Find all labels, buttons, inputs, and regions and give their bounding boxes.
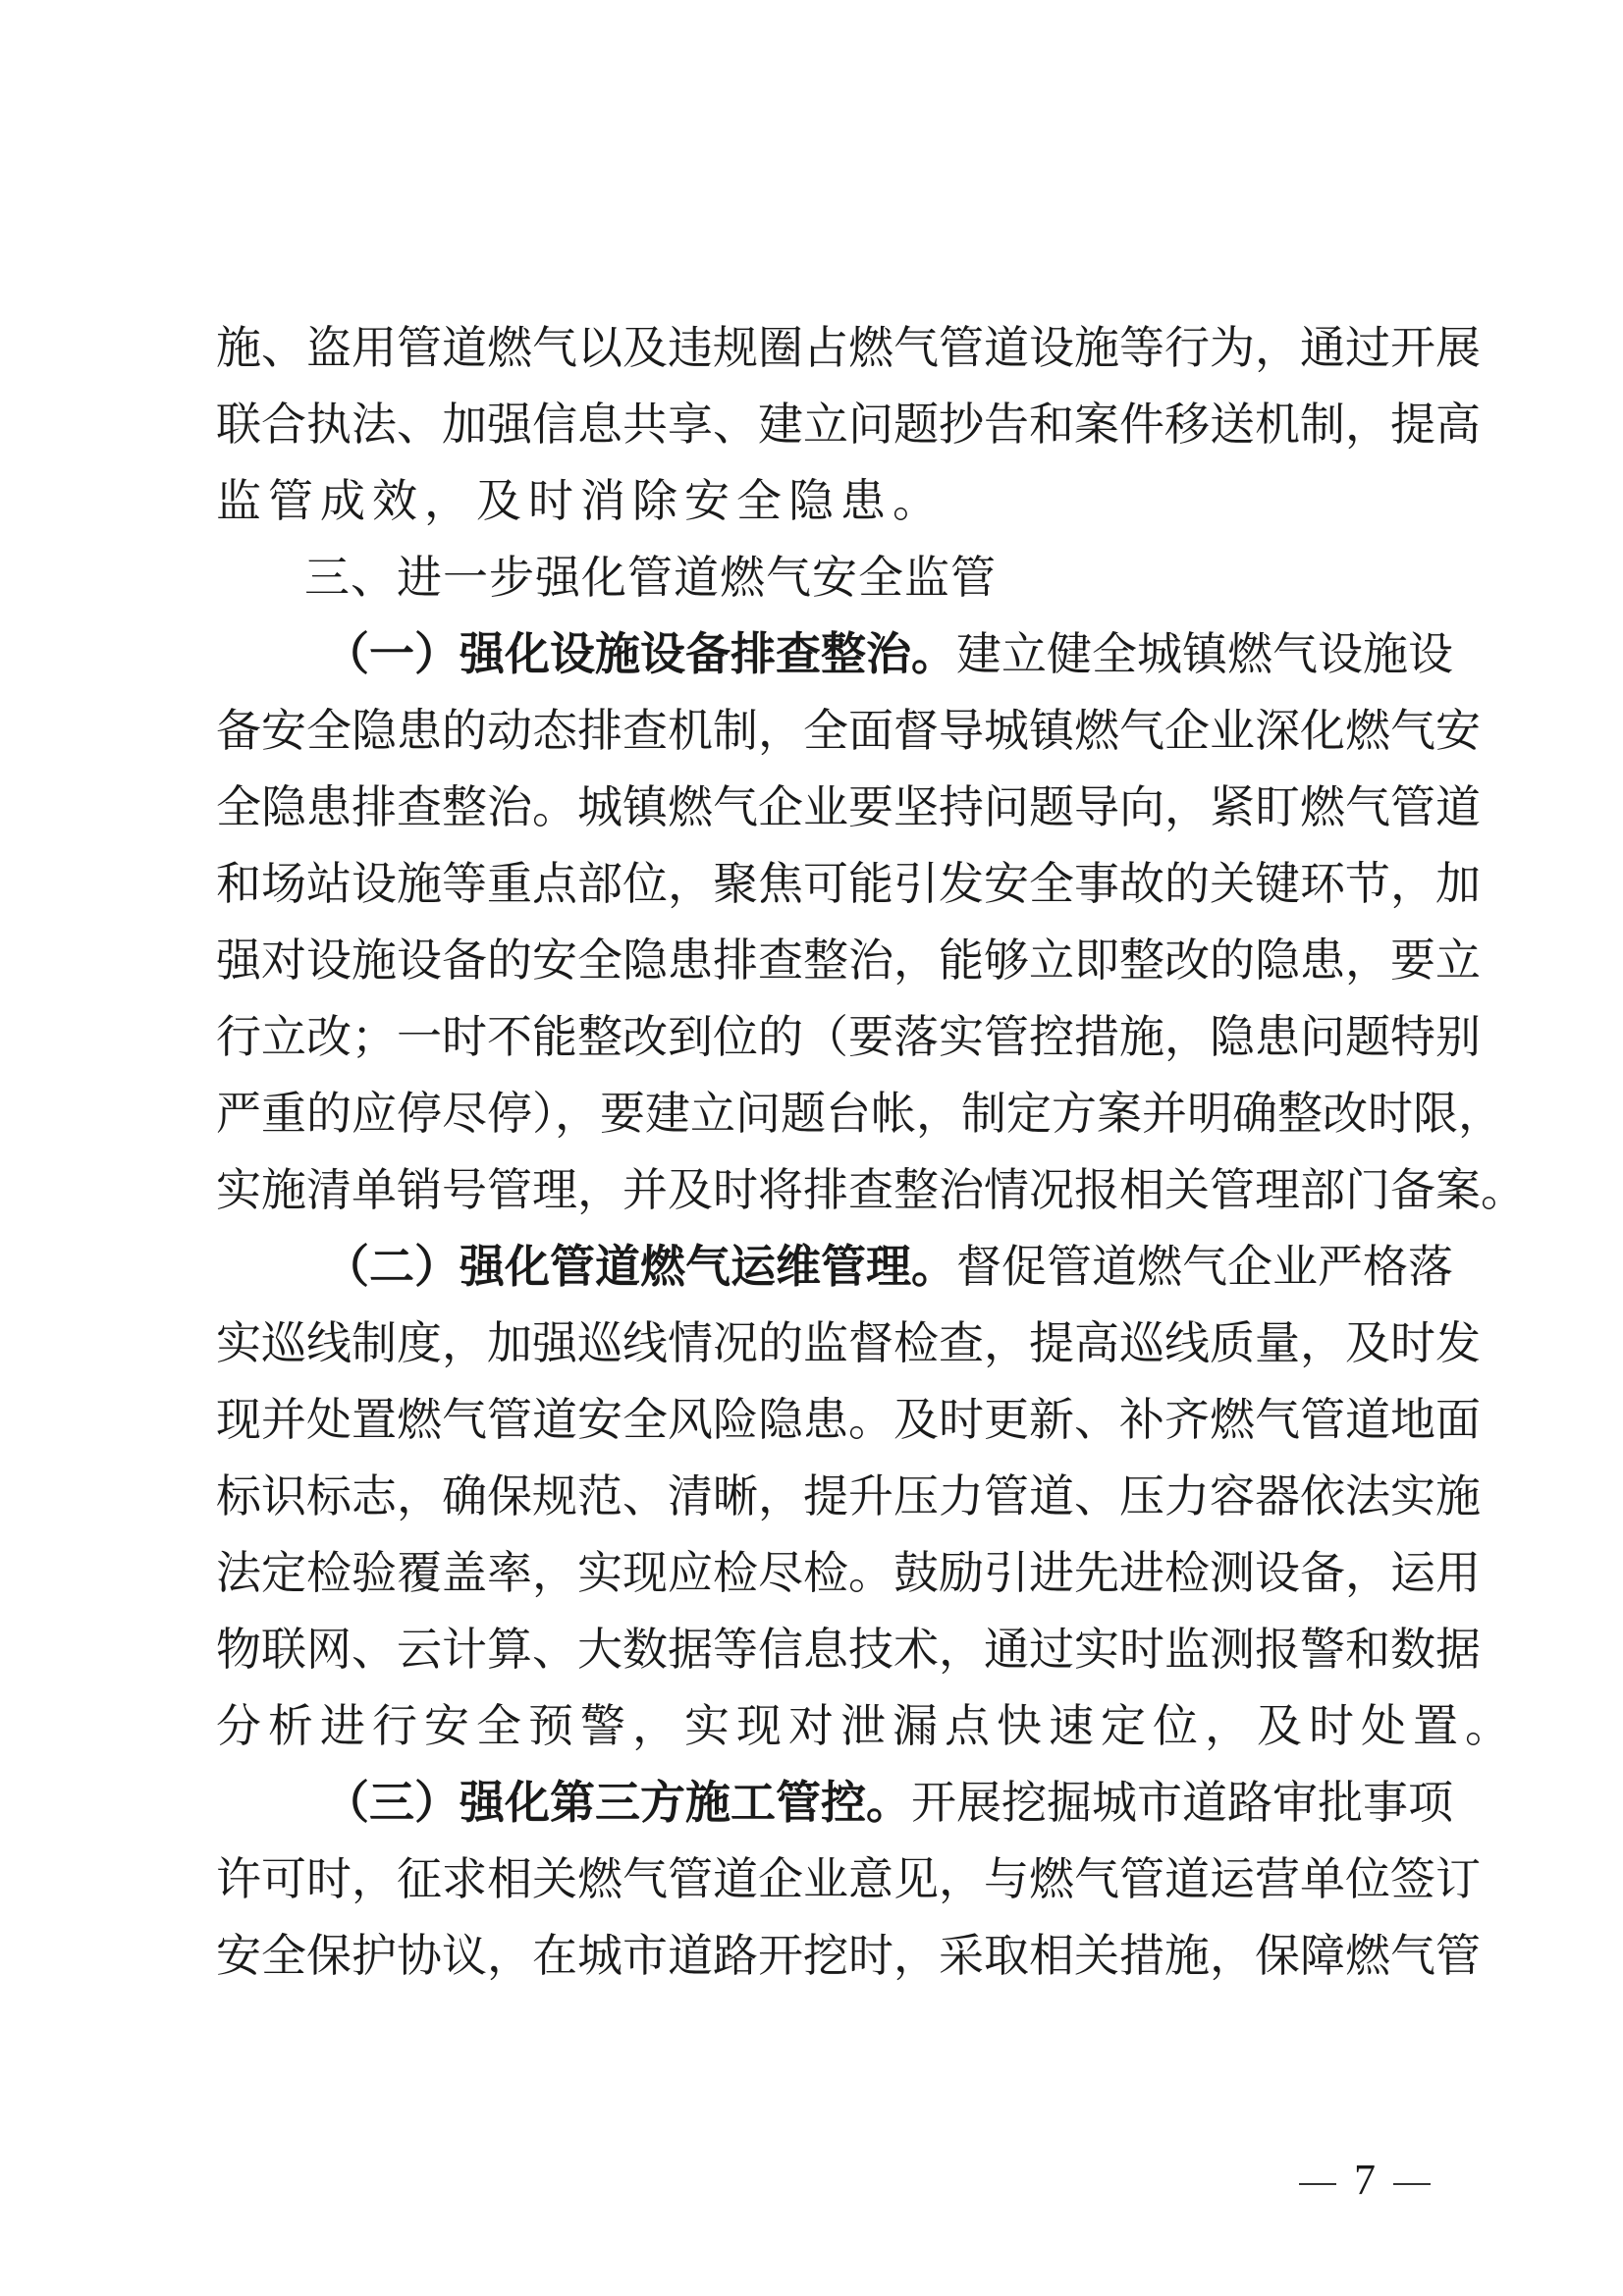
paragraph-lead-heading: （二）强化管道燃气运维管理。 xyxy=(324,1240,956,1293)
page-number-value: 7 xyxy=(1354,2156,1376,2204)
paragraph-text: 督促管道燃气企业严格落 xyxy=(956,1240,1453,1293)
text-line: 强对设施设备的安全隐患排查整治，能够立即整改的隐患，要立 xyxy=(216,929,1418,1005)
page-number: 7 xyxy=(1281,2156,1448,2205)
text-line: 行立改；一时不能整改到位的（要落实管控措施，隐患问题特别 xyxy=(216,1005,1418,1082)
text-line: 施、盗用管道燃气以及违规圈占燃气管道设施等行为，通过开展 xyxy=(216,316,1418,393)
paragraph-lead-heading: （一）强化设施设备排查整治。 xyxy=(324,627,956,680)
document-page: 施、盗用管道燃气以及违规圈占燃气管道设施等行为，通过开展 联合执法、加强信息共享… xyxy=(0,0,1623,2296)
text-line: 物联网、云计算、大数据等信息技术，通过实时监测报警和数据 xyxy=(216,1618,1418,1694)
text-line: 实巡线制度，加强巡线情况的监督检查，提高巡线质量，及时发 xyxy=(216,1311,1418,1388)
text-line: 法定检验覆盖率，实现应检尽检。鼓励引进先进检测设备，运用 xyxy=(216,1541,1418,1618)
text-line: 实施清单销号管理，并及时将排查整治情况报相关管理部门备案。 xyxy=(216,1158,1455,1235)
text-line: 和场站设施等重点部位，聚焦可能引发安全事故的关键环节，加 xyxy=(216,852,1418,929)
document-body: 施、盗用管道燃气以及违规圈占燃气管道设施等行为，通过开展 联合执法、加强信息共享… xyxy=(216,316,1418,2001)
text-line: 安全保护协议，在城市道路开挖时，采取相关措施，保障燃气管 xyxy=(216,1924,1418,2001)
dash-decoration xyxy=(1299,2183,1336,2185)
paragraph-first-line: （三）强化第三方施工管控。开展挖掘城市道路审批事项 xyxy=(216,1771,1418,1847)
paragraph-text: 开展挖掘城市道路审批事项 xyxy=(911,1776,1453,1829)
text-line: 严重的应停尽停），要建立问题台帐，制定方案并明确整改时限， xyxy=(216,1082,1418,1158)
paragraph-text: 建立健全城镇燃气设施设 xyxy=(956,627,1453,680)
text-line: 标识标志，确保规范、清晰，提升压力管道、压力容器依法实施 xyxy=(216,1465,1418,1541)
paragraph-first-line: （二）强化管道燃气运维管理。督促管道燃气企业严格落 xyxy=(216,1235,1418,1311)
section-heading: 三、进一步强化管道燃气安全监管 xyxy=(216,546,1418,622)
text-line: 联合执法、加强信息共享、建立问题抄告和案件移送机制，提高 xyxy=(216,393,1418,469)
text-line: 分析进行安全预警，实现对泄漏点快速定位，及时处置。 xyxy=(216,1694,1418,1771)
text-line: 全隐患排查整治。城镇燃气企业要坚持问题导向，紧盯燃气管道 xyxy=(216,775,1418,852)
text-line: 监管成效，及时消除安全隐患。 xyxy=(216,469,1418,546)
paragraph-first-line: （一）强化设施设备排查整治。建立健全城镇燃气设施设 xyxy=(216,622,1418,699)
text-line: 现并处置燃气管道安全风险隐患。及时更新、补齐燃气管道地面 xyxy=(216,1388,1418,1465)
text-line: 备安全隐患的动态排查机制，全面督导城镇燃气企业深化燃气安 xyxy=(216,699,1418,775)
text-line: 许可时，征求相关燃气管道企业意见，与燃气管道运营单位签订 xyxy=(216,1847,1418,1924)
dash-decoration xyxy=(1393,2183,1431,2185)
paragraph-lead-heading: （三）强化第三方施工管控。 xyxy=(324,1776,911,1829)
